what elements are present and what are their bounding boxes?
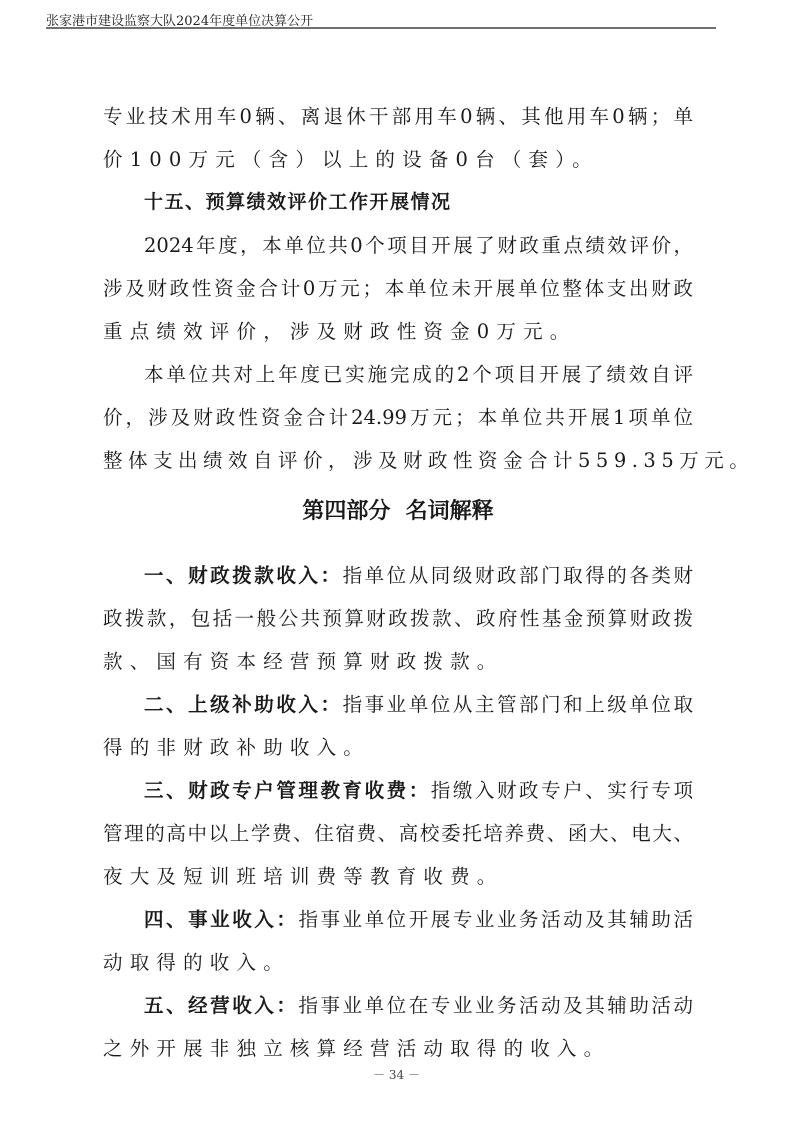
term-label: 三、财政专户管理教育收费：: [144, 779, 431, 802]
body-line: 本单位共对上年度已实施完成的2个项目开展了绩效自评: [103, 353, 693, 396]
term-text: 指事业单位在专业业务活动及其辅助活动: [298, 994, 693, 1017]
body-line: 管理的高中以上学费、住宿费、高校委托培养费、函大、电大、: [103, 812, 693, 855]
document-body: 专业技术用车0辆、离退休干部用车0辆、其他用车0辆；单 价100万元（含）以上的…: [103, 95, 693, 1070]
body-line: 涉及财政性资金合计0万元；本单位未开展单位整体支出财政: [103, 267, 693, 310]
term-text: 指单位从同级财政部门取得的各类财: [343, 564, 693, 587]
term-label: 二、上级补助收入：: [144, 693, 343, 716]
term-line: 五、经营收入：指事业单位在专业业务活动及其辅助活动: [103, 984, 693, 1027]
term-line: 一、财政拨款收入：指单位从同级财政部门取得的各类财: [103, 554, 693, 597]
body-line: 动取得的收入。: [103, 941, 693, 984]
term-text: 指事业单位从主管部门和上级单位取: [343, 693, 693, 716]
body-line: 夜大及短训班培训费等教育收费。: [103, 855, 693, 898]
body-line: 价100万元（含）以上的设备0台（套）。: [103, 138, 693, 181]
term-text: 指缴入财政专户、实行专项: [431, 779, 693, 802]
body-line: 政拨款，包括一般公共预算财政拨款、政府性基金预算财政拨: [103, 597, 693, 640]
term-line: 三、财政专户管理教育收费：指缴入财政专户、实行专项: [103, 769, 693, 812]
term-label: 五、经营收入：: [144, 994, 298, 1017]
section-heading: 十五、预算绩效评价工作开展情况: [103, 181, 693, 224]
body-line: 专业技术用车0辆、离退休干部用车0辆、其他用车0辆；单: [103, 95, 693, 138]
page-number: － 34 －: [0, 1066, 793, 1083]
body-line: 重点绩效评价，涉及财政性资金0万元。: [103, 310, 693, 353]
header-rule: [46, 27, 716, 29]
part-title: 第四部分 名词解释: [103, 482, 693, 542]
body-line: 得的非财政补助收入。: [103, 726, 693, 769]
term-text: 指事业单位开展专业业务活动及其辅助活: [298, 908, 693, 931]
term-label: 四、事业收入：: [144, 908, 298, 931]
body-line: 之外开展非独立核算经营活动取得的收入。: [103, 1027, 693, 1070]
body-line: 2024年度，本单位共0个项目开展了财政重点绩效评价，: [103, 224, 693, 267]
term-line: 四、事业收入：指事业单位开展专业业务活动及其辅助活: [103, 898, 693, 941]
body-line: 整体支出绩效自评价，涉及财政性资金合计559.35万元。: [103, 439, 693, 482]
term-line: 二、上级补助收入：指事业单位从主管部门和上级单位取: [103, 683, 693, 726]
body-line: 款、国有资本经营预算财政拨款。: [103, 640, 693, 683]
term-label: 一、财政拨款收入：: [144, 564, 343, 587]
spacer: [103, 542, 693, 554]
body-line: 价，涉及财政性资金合计24.99万元；本单位共开展1项单位: [103, 396, 693, 439]
